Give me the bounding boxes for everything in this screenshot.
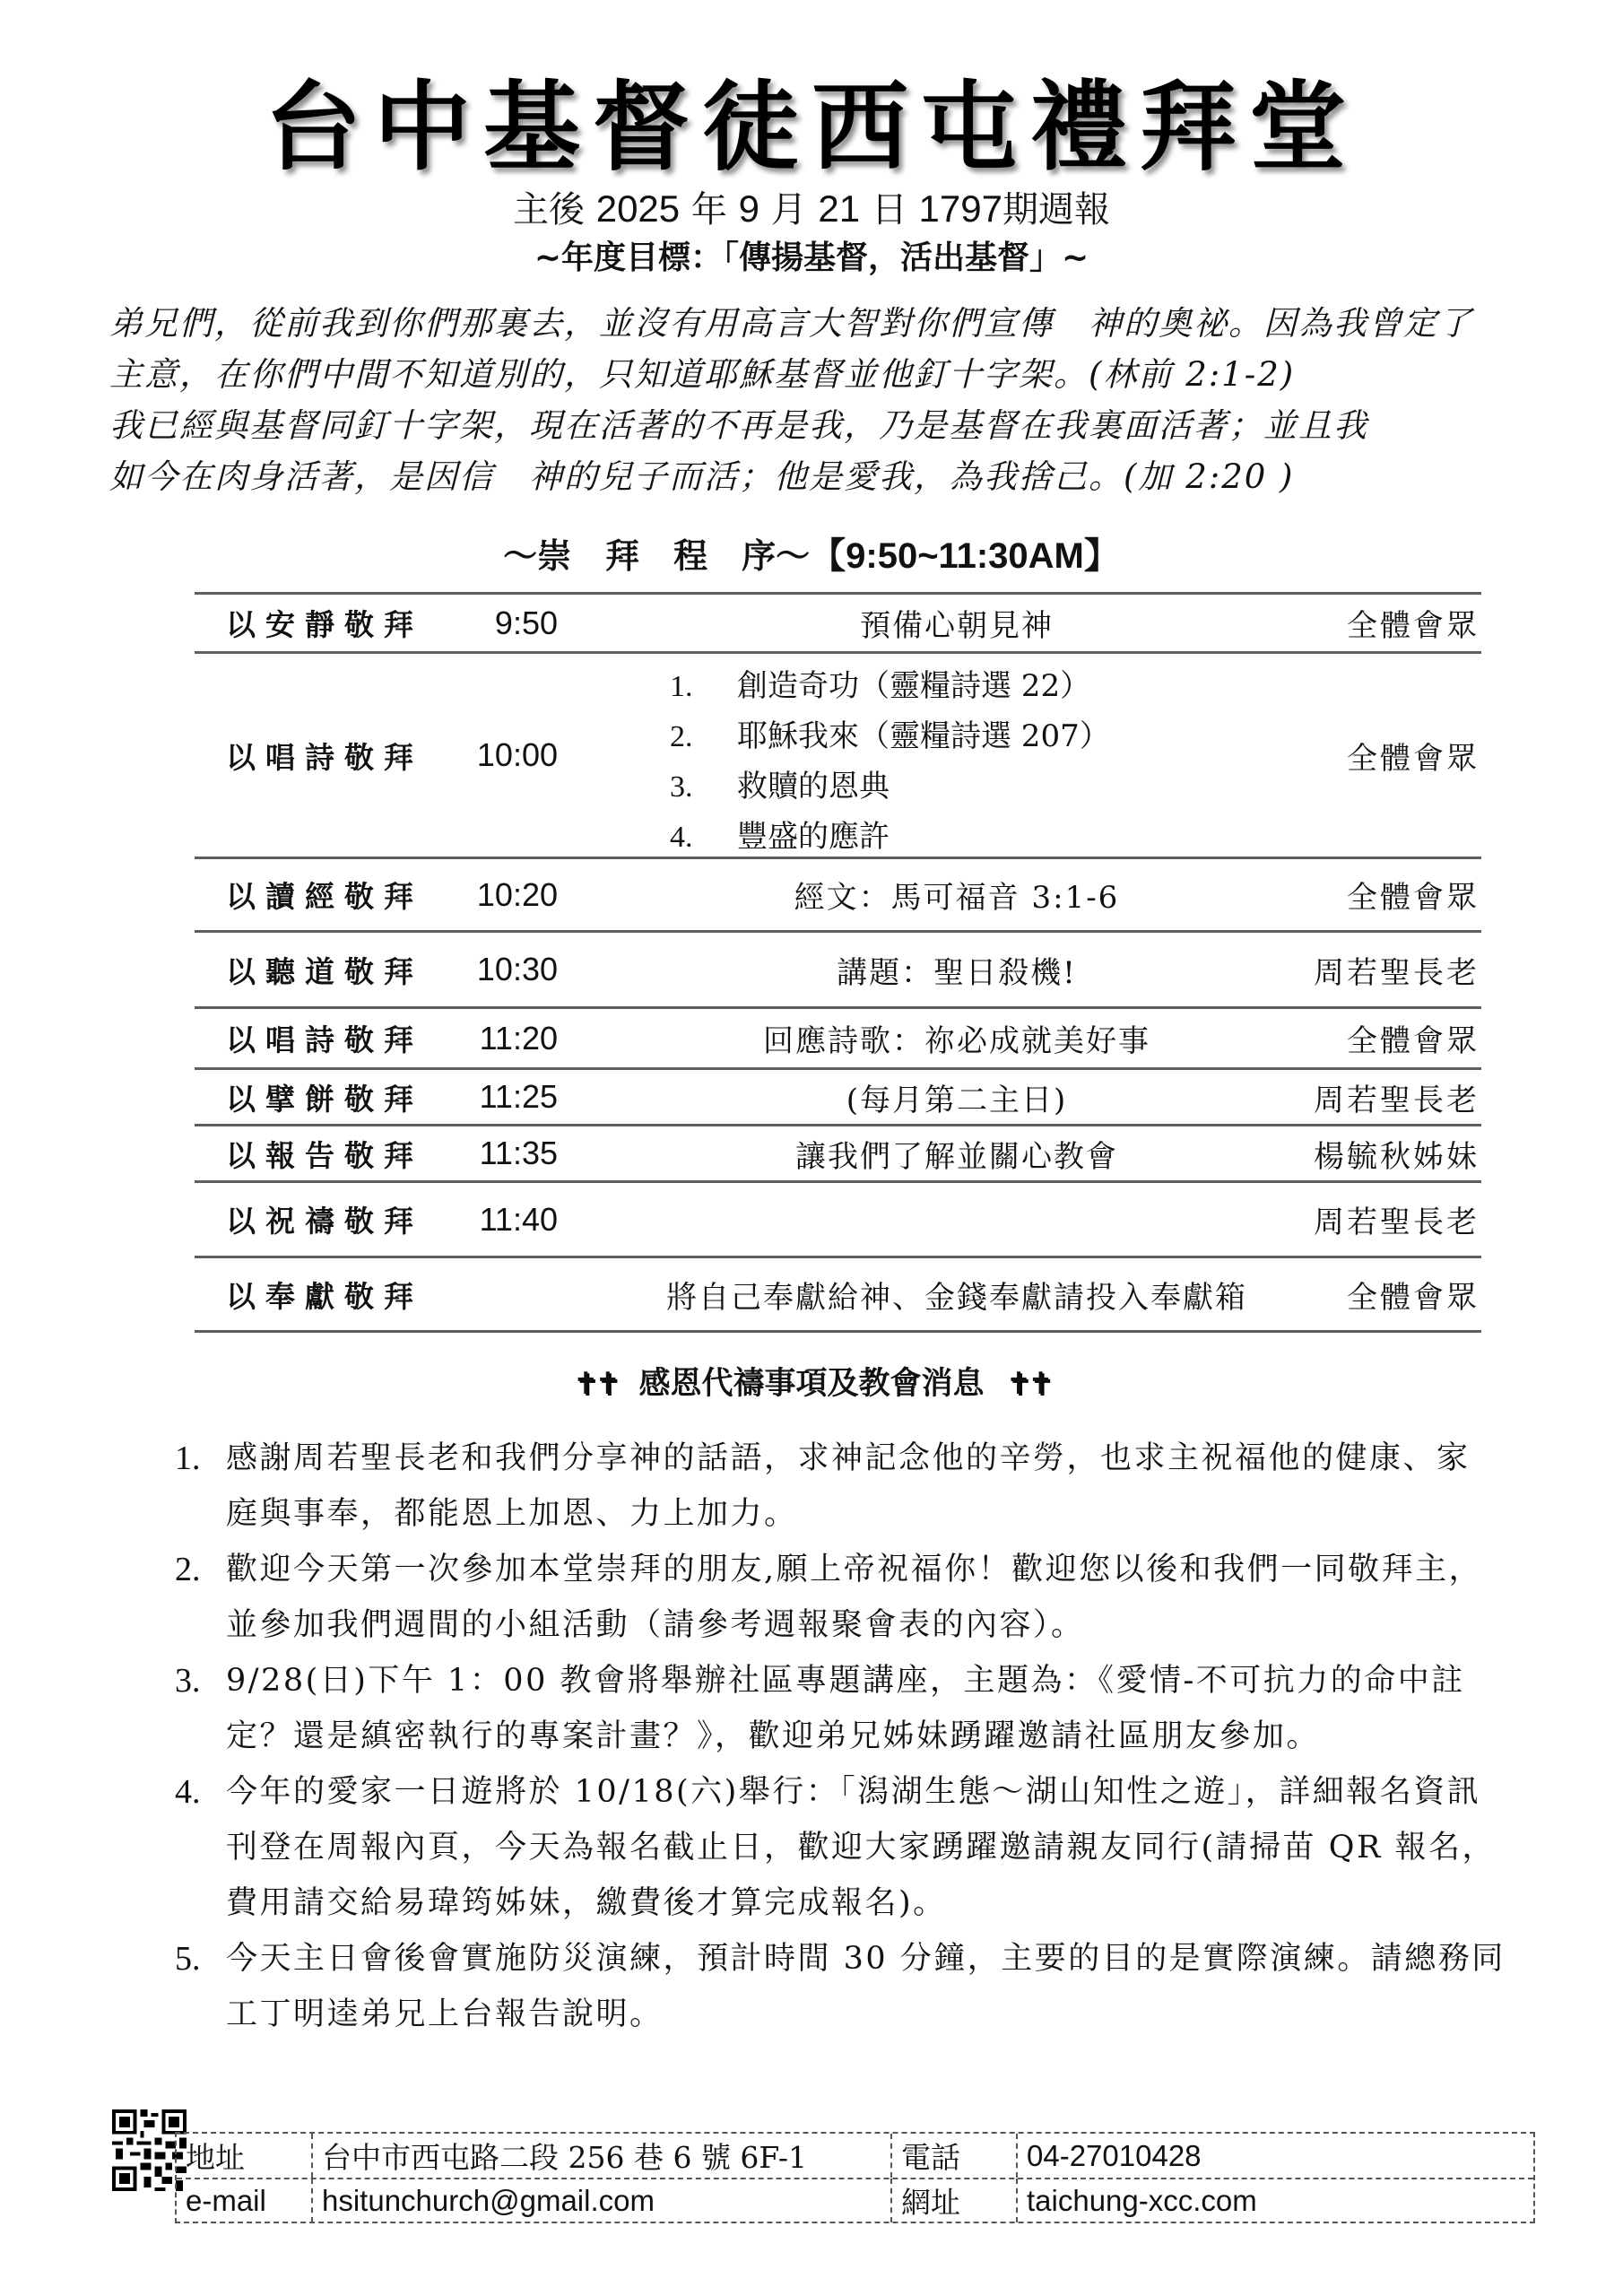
worship-program-table: 以安靜敬拜 9:50 預備心朝見神 全體會眾 以唱詩敬拜 10:00 1.創造奇… [195, 592, 1481, 1333]
program-row: 以讀經敬拜 10:20 經文：馬可福音 3:1-6 全體會眾 [195, 857, 1481, 930]
verse-line: 弟兄們，從前我到你們那裏去，並沒有用高言大智對你們宣傳 神的奧祕。因為我曾定了 [109, 298, 1562, 349]
program-item-name: 以唱詩敬拜 [226, 654, 432, 857]
verse-line: 我已經與基督同釘十字架，現在活著的不再是我，乃是基督在我裏面活著；並且我 [109, 400, 1562, 451]
website-link[interactable]: taichung-xcc.com [1018, 2179, 1533, 2222]
announcement-item: 2. 歡迎今天第一次參加本堂崇拜的朋友,願上帝祝福你！歡迎您以後和我們一同敬拜主… [175, 1542, 1583, 1653]
program-heading-label: ～崇 拜 程 序～ [503, 536, 810, 576]
subtitle-prefix: 主後 [513, 189, 585, 230]
hymn-number: 4. [670, 813, 737, 863]
program-item-content: 回應詩歌：祢必成就美好事 [571, 1009, 1342, 1067]
program-item-time: 11:40 [450, 1183, 558, 1256]
program-item-name: 以唱詩敬拜 [226, 1009, 432, 1067]
program-item-time: 9:50 [450, 595, 558, 651]
program-row: 以祝禱敬拜 11:40 周若聖長老 [195, 1180, 1481, 1256]
announcement-line: 庭與事奉，都能恩上加恩、力上加力。 [226, 1486, 1583, 1542]
announcements-heading-label: 感恩代禱事項及教會消息 [638, 1366, 984, 1402]
announcement-line: 感謝周若聖長老和我們分享神的話語，求神記念他的辛勞，也求主祝福他的健康、家 [226, 1431, 1583, 1486]
hymn-item: 1.創造奇功（靈糧詩選 22） [670, 661, 1110, 711]
address-value: 台中市西屯路二段 256 巷 6 號 6F-1 [313, 2134, 892, 2178]
program-item-time: 11:35 [450, 1126, 558, 1180]
program-row: 以唱詩敬拜 10:00 1.創造奇功（靈糧詩選 22） 2.耶穌我來（靈糧詩選 … [195, 651, 1481, 857]
hymn-number: 1. [670, 662, 737, 712]
church-name-title: 台中基督徒西屯禮拜堂 [0, 70, 1623, 187]
announcement-line: 今年的愛家一日遊將於 10/18(六)舉行：「潟湖生態～湖山知性之遊」，詳細報名… [226, 1764, 1583, 1820]
announcement-number: 2. [175, 1542, 201, 1597]
announcements-heading: ✝✝ 感恩代禱事項及教會消息 ✝✝ [0, 1361, 1623, 1406]
program-item-person: 全體會眾 [1300, 595, 1480, 651]
program-row: 以聽道敬拜 10:30 講題：聖日殺機! 周若聖長老 [195, 930, 1481, 1006]
issue-suffix: 期週報 [1002, 189, 1110, 230]
program-item-content: 講題：聖日殺機! [571, 933, 1342, 1006]
hymn-item: 2.耶穌我來（靈糧詩選 207） [670, 711, 1110, 761]
cross-icon: ✝✝ [573, 1361, 617, 1406]
announcement-number: 3. [175, 1653, 201, 1709]
program-item-time: 10:20 [450, 859, 558, 930]
program-item-name: 以聽道敬拜 [226, 933, 432, 1006]
program-item-name: 以擘餅敬拜 [226, 1070, 432, 1124]
announcement-item: 3. 9/28(日)下午 1：00 教會將舉辦社區專題講座，主題為：《愛情-不可… [175, 1653, 1583, 1764]
bulletin-issue-line: 主後 2025 年 9 月 21 日 1797期週報 [0, 187, 1623, 232]
email-label: e-mail [177, 2179, 313, 2222]
hymn-item: 4.豐盛的應許 [670, 812, 1110, 862]
hymn-title: 耶穌我來（靈糧詩選 207） [737, 718, 1110, 754]
hymn-title: 救贖的恩典 [737, 769, 890, 804]
program-item-content: 讓我們了解並關心教會 [571, 1126, 1342, 1180]
program-row: 以安靜敬拜 9:50 預備心朝見神 全體會眾 [195, 592, 1481, 651]
program-item-person: 全體會眾 [1300, 654, 1480, 857]
hymn-number: 3. [670, 762, 737, 813]
annual-goal: ~年度目標：「傳揚基督，活出基督」~ [0, 238, 1623, 279]
program-item-time: 10:30 [450, 933, 558, 1006]
contact-row: e-mail hsitunchurch@gmail.com 網址 taichun… [177, 2179, 1533, 2222]
announcement-line: 刊登在周報內頁，今天為報名截止日，歡迎大家踴躍邀請親友同行(請掃苗 QR 報名， [226, 1820, 1583, 1875]
announcement-number: 5. [175, 1931, 201, 1987]
program-item-person: 楊毓秋姊妹 [1300, 1126, 1480, 1180]
phone-label: 電話 [892, 2134, 1018, 2178]
announcement-item: 1. 感謝周若聖長老和我們分享神的話語，求神記念他的辛勞，也求主祝福他的健康、家… [175, 1431, 1583, 1542]
announcement-number: 4. [175, 1764, 201, 1820]
announcement-number: 1. [175, 1431, 201, 1486]
announcement-line: 工丁明逵弟兄上台報告說明。 [226, 1987, 1583, 2042]
announcement-line: 9/28(日)下午 1：00 教會將舉辦社區專題講座，主題為：《愛情-不可抗力的… [226, 1653, 1583, 1709]
program-item-time: 10:00 [450, 654, 558, 857]
month-suffix: 月 [771, 189, 807, 230]
verse-line: 如今在肉身活著，是因信 神的兒子而活；他是愛我，為我捨己。(加 2:20 ) [109, 451, 1562, 502]
program-item-name: 以祝禱敬拜 [226, 1183, 432, 1256]
program-item-content [571, 1183, 1342, 1256]
day: 21 [818, 187, 860, 230]
program-item-content: 經文：馬可福音 3:1-6 [571, 859, 1342, 930]
address-label: 地址 [177, 2134, 313, 2178]
announcement-line: 定？還是縝密執行的專案計畫？》，歡迎弟兄姊妹踴躍邀請社區朋友參加。 [226, 1709, 1583, 1764]
phone-value[interactable]: 04-27010428 [1018, 2134, 1533, 2178]
program-row: 以奉獻敬拜 將自己奉獻給神、金錢奉獻請投入奉獻箱 全體會眾 [195, 1256, 1481, 1333]
announcement-list: 1. 感謝周若聖長老和我們分享神的話語，求神記念他的辛勞，也求主祝福他的健康、家… [175, 1431, 1583, 2042]
program-item-time: 11:20 [450, 1009, 558, 1067]
announcement-line: 費用請交給易瑋筠姊妹，繳費後才算完成報名)。 [226, 1875, 1583, 1931]
scripture-verse: 弟兄們，從前我到你們那裏去，並沒有用高言大智對你們宣傳 神的奧祕。因為我曾定了 … [109, 298, 1562, 502]
program-item-content: (每月第二主日) [571, 1070, 1342, 1124]
program-item-person: 周若聖長老 [1300, 1183, 1480, 1256]
website-label: 網址 [892, 2179, 1018, 2222]
program-item-name: 以安靜敬拜 [226, 595, 432, 651]
program-item-person: 全體會眾 [1300, 1258, 1480, 1330]
year: 2025 [596, 187, 680, 230]
announcement-line: 今天主日會後會實施防災演練，預計時間 30 分鐘，主要的目的是實際演練。請總務同 [226, 1931, 1583, 1987]
program-item-person: 周若聖長老 [1300, 933, 1480, 1006]
contact-info-table: 地址 台中市西屯路二段 256 巷 6 號 6F-1 電話 04-2701042… [175, 2132, 1535, 2223]
issue-number: 1797 [919, 187, 1002, 230]
program-item-time: 11:25 [450, 1070, 558, 1124]
contact-row: 地址 台中市西屯路二段 256 巷 6 號 6F-1 電話 04-2701042… [177, 2134, 1533, 2179]
hymn-title: 豐盛的應許 [737, 819, 890, 855]
program-time-range: 【9:50~11:30AM】 [810, 536, 1120, 576]
program-row: 以唱詩敬拜 11:20 回應詩歌：祢必成就美好事 全體會眾 [195, 1006, 1481, 1067]
announcement-item: 4. 今年的愛家一日遊將於 10/18(六)舉行：「潟湖生態～湖山知性之遊」，詳… [175, 1764, 1583, 1931]
hymn-item: 3.救贖的恩典 [670, 761, 1110, 812]
program-item-person: 全體會眾 [1300, 859, 1480, 930]
program-item-name: 以報告敬拜 [226, 1126, 432, 1180]
verse-line: 主意，在你們中間不知道別的，只知道耶穌基督並他釘十字架。(林前 2:1-2) [109, 349, 1562, 400]
day-suffix: 日 [872, 189, 907, 230]
worship-program-heading: ～崇 拜 程 序～【9:50~11:30AM】 [0, 531, 1623, 581]
announcement-line: 歡迎今天第一次參加本堂崇拜的朋友,願上帝祝福你！歡迎您以後和我們一同敬拜主， [226, 1542, 1583, 1597]
hymn-title: 創造奇功（靈糧詩選 22） [737, 668, 1090, 704]
program-item-content: 將自己奉獻給神、金錢奉獻請投入奉獻箱 [535, 1258, 1378, 1330]
program-row: 以報告敬拜 11:35 讓我們了解並關心教會 楊毓秋姊妹 [195, 1124, 1481, 1180]
hymn-list: 1.創造奇功（靈糧詩選 22） 2.耶穌我來（靈糧詩選 207） 3.救贖的恩典… [670, 661, 1110, 862]
announcement-item: 5. 今天主日會後會實施防災演練，預計時間 30 分鐘，主要的目的是實際演練。請… [175, 1931, 1583, 2042]
program-item-name: 以奉獻敬拜 [226, 1258, 432, 1330]
program-item-name: 以讀經敬拜 [226, 859, 432, 930]
program-item-person: 周若聖長老 [1300, 1070, 1480, 1124]
announcement-line: 並參加我們週間的小組活動（請參考週報聚會表的內容）。 [226, 1597, 1583, 1653]
email-value[interactable]: hsitunchurch@gmail.com [313, 2179, 892, 2222]
month: 9 [739, 187, 759, 230]
program-item-content: 預備心朝見神 [571, 595, 1342, 651]
program-item-person: 全體會眾 [1300, 1009, 1480, 1067]
cross-icon: ✝✝ [1006, 1361, 1050, 1406]
year-suffix: 年 [691, 189, 727, 230]
program-row: 以擘餅敬拜 11:25 (每月第二主日) 周若聖長老 [195, 1067, 1481, 1124]
hymn-number: 2. [670, 712, 737, 762]
